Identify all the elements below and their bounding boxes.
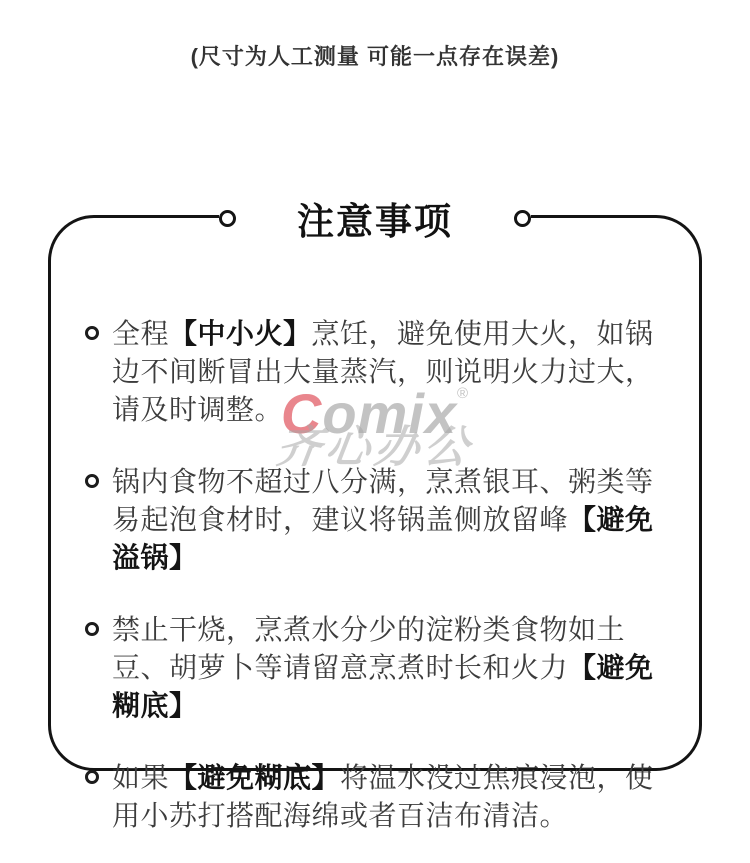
product-notice-page: (尺寸为人工测量 可能一点存在误差) Comix® 齐心办公 注意事项 全程【中… — [0, 0, 750, 863]
notice-box: 注意事项 全程【中小火】烹饪，避免使用大火，如锅边不间断冒出大量蒸汽，则说明火力… — [48, 215, 702, 771]
item-text-pre: 禁止干烧，烹煮水分少的淀粉类食物如土豆、胡萝卜等请留意烹煮时长和火力 — [112, 614, 625, 683]
list-item-text: 如果【避免糊底】将温水没过焦痕浸泡，使用小苏打搭配海绵或者百洁布清洁。 — [112, 759, 655, 835]
list-item: 禁止干烧，烹煮水分少的淀粉类食物如土豆、胡萝卜等请留意烹煮时长和火力【避免糊底】 — [85, 611, 655, 725]
list-item-text: 禁止干烧，烹煮水分少的淀粉类食物如土豆、胡萝卜等请留意烹煮时长和火力【避免糊底】 — [112, 611, 655, 725]
bullet-circle-icon — [85, 326, 99, 340]
list-item: 如果【避免糊底】将温水没过焦痕浸泡，使用小苏打搭配海绵或者百洁布清洁。 — [85, 759, 655, 835]
list-item: 全程【中小火】烹饪，避免使用大火，如锅边不间断冒出大量蒸汽，则说明火力过大，请及… — [85, 315, 655, 429]
item-text-pre: 如果 — [112, 762, 169, 793]
bullet-circle-icon — [85, 622, 99, 636]
list-item-text: 全程【中小火】烹饪，避免使用大火，如锅边不间断冒出大量蒸汽，则说明火力过大，请及… — [112, 315, 655, 429]
measurement-disclaimer-text: (尺寸为人工测量 可能一点存在误差) — [0, 40, 750, 71]
notice-list: 全程【中小火】烹饪，避免使用大火，如锅边不间断冒出大量蒸汽，则说明火力过大，请及… — [51, 218, 699, 835]
bullet-circle-icon — [85, 474, 99, 488]
list-item: 锅内食物不超过八分满，烹煮银耳、粥类等易起泡食材时，建议将锅盖侧放留峰【避免溢锅… — [85, 463, 655, 577]
bullet-circle-icon — [85, 770, 99, 784]
item-text-pre: 全程 — [112, 318, 169, 349]
list-item-text: 锅内食物不超过八分满，烹煮银耳、粥类等易起泡食材时，建议将锅盖侧放留峰【避免溢锅… — [112, 463, 655, 577]
item-text-bold: 【中小火】 — [169, 318, 312, 349]
item-text-bold: 【避免糊底】 — [169, 762, 340, 793]
